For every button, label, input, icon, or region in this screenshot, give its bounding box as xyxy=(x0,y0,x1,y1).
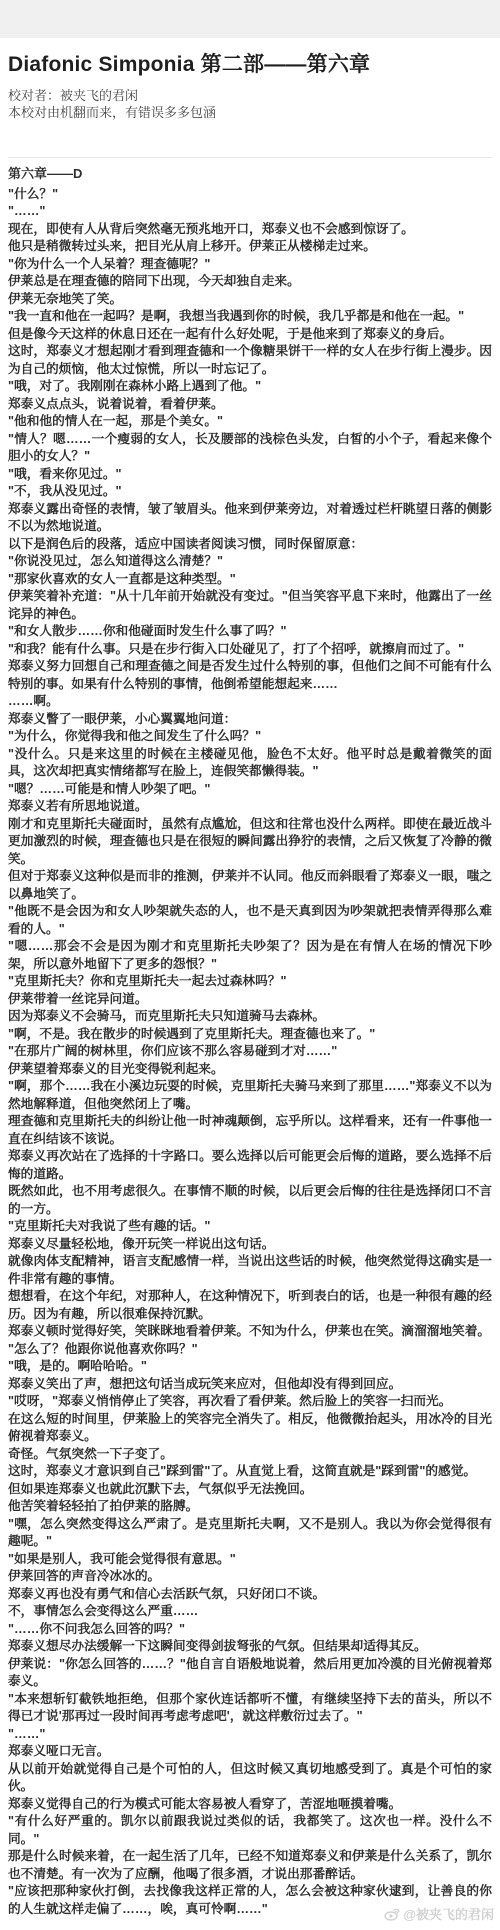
paragraph: 就像肉体支配精神，语言支配感情一样，当说出这些话的时候，他突然觉得这确实是一件非… xyxy=(8,1253,492,1288)
paragraph: 郑泰义觉得自己的行为模式可能太容易被人看穿了，苦涩地咂摸着嘴。 xyxy=(8,1796,492,1814)
paragraph: "你为什么一个人呆着？理查德呢？" xyxy=(8,256,492,274)
paragraph: 郑泰义瞥了一眼伊莱，小心翼翼地问道： xyxy=(8,711,492,729)
paragraph: "嗯？……可能是和情人吵架了吧。" xyxy=(8,781,492,799)
paragraph: "为什么，你觉得我和他之间发生了什么吗？" xyxy=(8,728,492,746)
paragraph: "哦，对了。我刚刚在森林小路上遇到了他。" xyxy=(8,378,492,396)
paragraph: "他和他的情人在一起，那是个美女。" xyxy=(8,413,492,431)
paragraph: 以下是润色后的段落，适应中国读者阅读习惯，同时保留原意： xyxy=(8,536,492,554)
paragraph: "嘿，怎么突然变得这么严肃了。是克里斯托夫啊，又不是别人。我以为你会觉得很有趣呢… xyxy=(8,1516,492,1551)
paragraph: "如果是别人，我可能会觉得很有意思。" xyxy=(8,1551,492,1569)
paragraph: 郑泰义露出奇怪的表情，皱了皱眉头。他来到伊莱旁边，对着透过栏杆眺望日落的侧影不以… xyxy=(8,501,492,536)
paragraph: "嗯……那会不会是因为刚才和克里斯托夫吵架了？因为是在有情人在场的情况下吵架，所… xyxy=(8,938,492,973)
paragraph: ……啊。 xyxy=(8,693,492,711)
paragraph-list: "什么？""……"现在，即使有人从背后突然毫无预兆地开口，郑泰义也不会感到惊讶了… xyxy=(8,186,492,1919)
paragraph: 郑泰义努力回想自己和理查德之间是否发生过什么特别的事，但他们之间不可能有什么特别… xyxy=(8,658,492,693)
paragraph: "应该把那种家伙打倒，去找像我这样正常的人，怎么会被这种家伙逮到，让善良的你的人… xyxy=(8,1883,492,1918)
paragraph: 他苦笑着轻轻拍了拍伊莱的胳膊。 xyxy=(8,1498,492,1516)
paragraph: 伊莱笑着补充道："从十几年前开始就没有变过。"但当笑容平息下来时，他露出了一丝诧… xyxy=(8,588,492,623)
paragraph: "没什么。只是来这里的时候在主楼碰见他，脸色不太好。他平时总是戴着微笑的面具，这… xyxy=(8,746,492,781)
paragraph: 那是什么时候来着，在一起生活了几年，已经不知道郑泰义和伊莱是什么关系了，凯尔也不… xyxy=(8,1848,492,1883)
paragraph: 这时，郑泰义才意识到自己"踩到雷"了。从直觉上看，这简直就是"踩到雷"的感觉。 xyxy=(8,1463,492,1481)
paragraph: 刚才和克里斯托夫碰面时，虽然有点尴尬，但这和往常也没什么两样。即使在最近战斗更加… xyxy=(8,816,492,869)
paragraph: 这时，郑泰义才想起刚才看到理查德和一个像糖果饼干一样的女人在步行街上漫步。因为自… xyxy=(8,343,492,378)
paragraph: 郑泰义若有所思地说道。 xyxy=(8,798,492,816)
paragraph: "……" xyxy=(8,1726,492,1744)
paragraph: "哦，是的。啊哈哈哈。" xyxy=(8,1358,492,1376)
document-header: Diafonic Simponia 第二部——第六章 校对者：被夹飞的君闲 本校… xyxy=(0,38,500,158)
paragraph: 郑泰义想尽办法缓解一下这瞬间变得剑拔弩张的气氛。但结果却适得其反。 xyxy=(8,1638,492,1656)
paragraph: 奇怪。气氛突然一下子变了。 xyxy=(8,1446,492,1464)
paragraph: 既然如此，也不用考虑很久。在事情不顺的时候，以后更会后悔的往往是选择闭口不言的一… xyxy=(8,1183,492,1218)
paragraph: "和我？能有什么事。只是在步行街入口处碰见了，打了个招呼，就擦肩而过了。" xyxy=(8,641,492,659)
paragraph: 想想看，在这个年纪，对那种人，在这种情况下，听到表白的话，也是一种很有趣的经历。… xyxy=(8,1288,492,1323)
paragraph: "啊，那个……我在小溪边玩耍的时候，克里斯托夫骑马来到了那里……"郑泰义不以为然… xyxy=(8,1078,492,1113)
paragraph: 伊莱望着郑泰义的目光变得锐利起来。 xyxy=(8,1061,492,1079)
screenshot-page: Diafonic Simponia 第二部——第六章 校对者：被夹飞的君闲 本校… xyxy=(0,0,500,1930)
paragraph: "哦，看来你见过。" xyxy=(8,466,492,484)
paragraph: "有什么好严重的。凯尔以前跟我说过类似的话，我都笑了。这次也一样。没什么不同。" xyxy=(8,1813,492,1848)
paragraph: 伊莱无奈地笑了笑。 xyxy=(8,291,492,309)
paragraph: "你说没见过，怎么知道得这么清楚？" xyxy=(8,553,492,571)
paragraph: "那家伙喜欢的女人一直都是这种类型。" xyxy=(8,571,492,589)
paragraph: 伊莱总是在理查德的陪同下出现，今天却独自走来。 xyxy=(8,273,492,291)
paragraph: 郑泰义笑出了声，想把这句话当成玩笑来应对，但他却没有得到回应。 xyxy=(8,1376,492,1394)
chapter-heading: 第六章——D xyxy=(8,165,492,183)
paragraph: 郑泰义哑口无言。 xyxy=(8,1743,492,1761)
paragraph: 伊莱带着一丝诧异问道。 xyxy=(8,991,492,1009)
paragraph: "情人？嗯……一个瘦弱的女人，长及腰部的浅棕色头发，白皙的小个子，看起来像个胆小… xyxy=(8,431,492,466)
paragraph: 郑泰义再次站在了选择的十字路口。要么选择以后可能更会后悔的道路，要么选择不后悔的… xyxy=(8,1148,492,1183)
paragraph: 不，事情怎么会变得这么严重…… xyxy=(8,1603,492,1621)
paragraph: "哎呀，"郑泰义悄悄停止了笑容，再次看了看伊莱。然后脸上的笑容一扫而光。 xyxy=(8,1393,492,1411)
paragraph: "不，我从没见过。" xyxy=(8,483,492,501)
paragraph: "……" xyxy=(8,203,492,221)
paragraph: 郑泰义尽量轻松地，像开玩笑一样说出这句话。 xyxy=(8,1236,492,1254)
paragraph: 郑泰义再也没有勇气和信心去活跃气氛，只好闭口不谈。 xyxy=(8,1586,492,1604)
paragraph: 郑泰义点点头，说着说着，看着伊莱。 xyxy=(8,396,492,414)
paragraph: "怎么了？他跟你说他喜欢你吗？" xyxy=(8,1341,492,1359)
paragraph: 理查德和克里斯托夫的纠纷让他一时神魂颠倒，忘乎所以。这样看来，还有一件事他一直在… xyxy=(8,1113,492,1148)
paragraph: "本来想斩钉截铁地拒绝，但那个家伙连话都听不懂，有继续坚持下去的苗头，所以不得已… xyxy=(8,1691,492,1726)
machine-translation-note: 本校对由机翻而来，有错误多多包涵 xyxy=(8,105,492,122)
paragraph: 现在，即使有人从背后突然毫无预兆地开口，郑泰义也不会感到惊讶了。 xyxy=(8,221,492,239)
page-title: Diafonic Simponia 第二部——第六章 xyxy=(8,52,492,78)
paragraph: "克里斯托夫？你和克里斯托夫一起去过森林吗？" xyxy=(8,973,492,991)
chapter-body: 第六章——D "什么？""……"现在，即使有人从背后突然毫无预兆地开口，郑泰义也… xyxy=(0,158,500,1918)
paragraph: 从以前开始就觉得自己是个可怕的人，但这时候又真切地感受到了。真是个可怕的家伙。 xyxy=(8,1761,492,1796)
paragraph: "什么？" xyxy=(8,186,492,204)
paragraph: 但如果连郑泰义也就此沉默下去，气氛似乎无法挽回。 xyxy=(8,1481,492,1499)
paragraph: "他既不是会因为和女人吵架就失态的人，也不是天真到因为吵架就把表情弄得那么难看的… xyxy=(8,903,492,938)
paragraph: 郑泰义顿时觉得好笑，笑眯眯地看着伊莱。不知为什么，伊莱也在笑。滴溜溜地笑着。 xyxy=(8,1323,492,1341)
paragraph: 他只是稍微转过头来，把目光从肩上移开。伊莱正从楼梯走过来。 xyxy=(8,238,492,256)
paragraph: "我一直和他在一起吗？是啊，我想当我遇到你的时候，我几乎都是和他在一起。" xyxy=(8,308,492,326)
paragraph: 但对于郑泰义这种似是而非的推测，伊莱并不认同。他反而斜眼看了郑泰义一眼，嗤之以鼻… xyxy=(8,868,492,903)
paragraph: "……你不问我怎么回答的吗？" xyxy=(8,1621,492,1639)
paragraph: 伊莱回答的声音冷冰冰的。 xyxy=(8,1568,492,1586)
paragraph: "在那片广阔的树林里，你们应该不那么容易碰到才对……" xyxy=(8,1043,492,1061)
paragraph: 在这么短的时间里，伊莱脸上的笑容完全消失了。相反，他微微抬起头，用冰冷的目光俯视… xyxy=(8,1411,492,1446)
top-gray-bar xyxy=(0,0,500,38)
paragraph: 但是像今天这样的休息日还在一起有什么好处呢，于是他来到了郑泰义的身后。 xyxy=(8,326,492,344)
paragraph: "啊，不是。我在散步的时候遇到了克里斯托夫。理查德也来了。" xyxy=(8,1026,492,1044)
paragraph: 因为郑泰义不会骑马，而克里斯托夫只知道骑马去森林。 xyxy=(8,1008,492,1026)
paragraph: "克里斯托夫对我说了些有趣的话。" xyxy=(8,1218,492,1236)
paragraph: 伊莱说："你怎么回答的……？"他自言自语般地说着，然后用更加冷漠的目光俯视着郑泰… xyxy=(8,1656,492,1691)
paragraph: "和女人散步……你和他碰面时发生什么事了吗？" xyxy=(8,623,492,641)
proofreader-line: 校对者：被夹飞的君闲 xyxy=(8,88,492,105)
